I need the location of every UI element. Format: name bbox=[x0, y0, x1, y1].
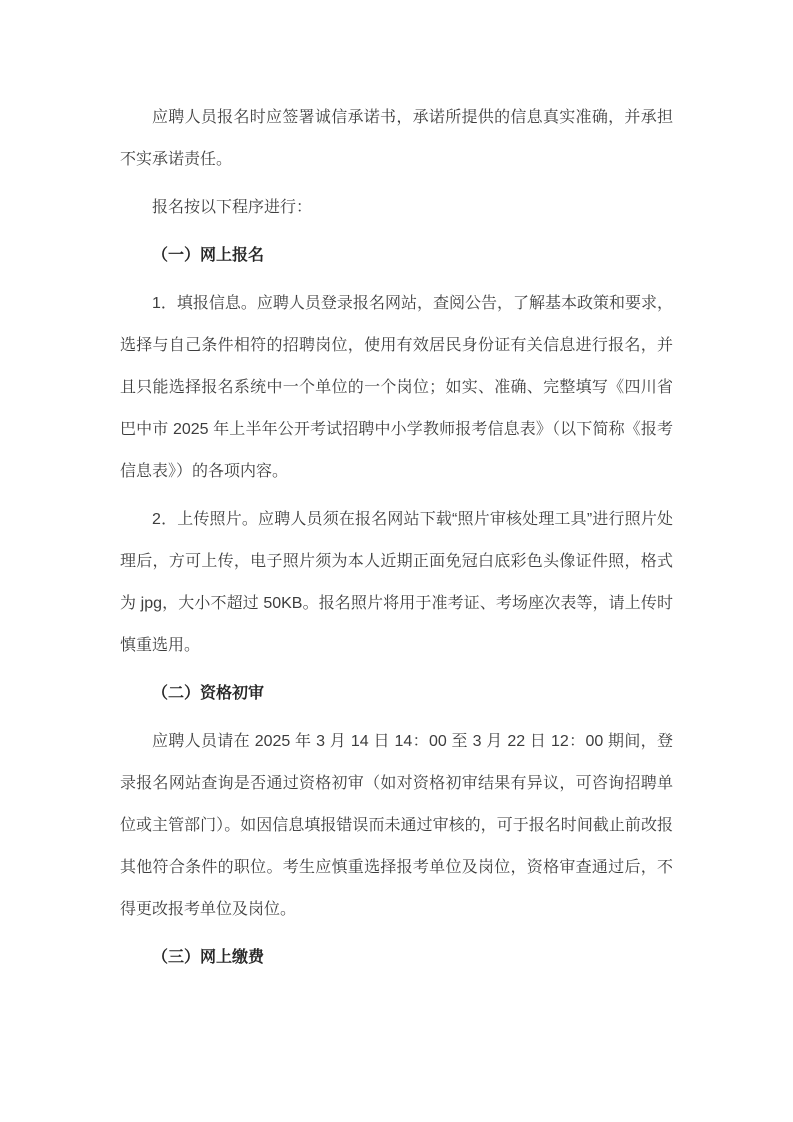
section-heading-qualification-review: （二）资格初审 bbox=[120, 673, 673, 715]
document-page: 应聘人员报名时应签署诚信承诺书，承诺所提供的信息真实准确，并承担不实承诺责任。 … bbox=[0, 0, 793, 1122]
paragraph-upload-photo: 2．上传照片。应聘人员须在报名网站下载“照片审核处理工具”进行照片处理后，方可上… bbox=[120, 499, 673, 667]
section-heading-online-registration: （一）网上报名 bbox=[120, 235, 673, 277]
paragraph-integrity-commitment: 应聘人员报名时应签署诚信承诺书，承诺所提供的信息真实准确，并承担不实承诺责任。 bbox=[120, 97, 673, 181]
paragraph-fill-information: 1．填报信息。应聘人员登录报名网站，查阅公告，了解基本政策和要求，选择与自己条件… bbox=[120, 283, 673, 493]
section-heading-online-payment: （三）网上缴费 bbox=[120, 937, 673, 979]
paragraph-procedure-intro: 报名按以下程序进行： bbox=[120, 187, 673, 229]
paragraph-qualification-review-details: 应聘人员请在 2025 年 3 月 14 日 14：00 至 3 月 22 日 … bbox=[120, 721, 673, 931]
